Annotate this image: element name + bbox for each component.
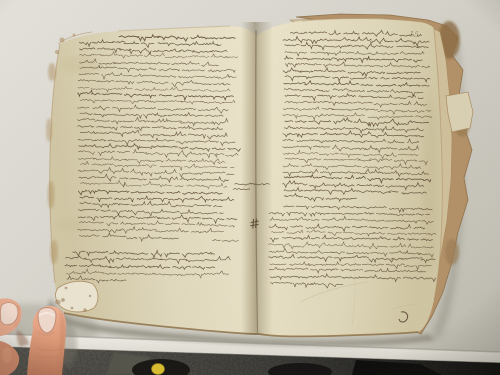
vignette xyxy=(0,0,500,375)
photograph: # 15 xyxy=(0,0,500,375)
manuscript-photo: # 15 xyxy=(0,0,500,375)
